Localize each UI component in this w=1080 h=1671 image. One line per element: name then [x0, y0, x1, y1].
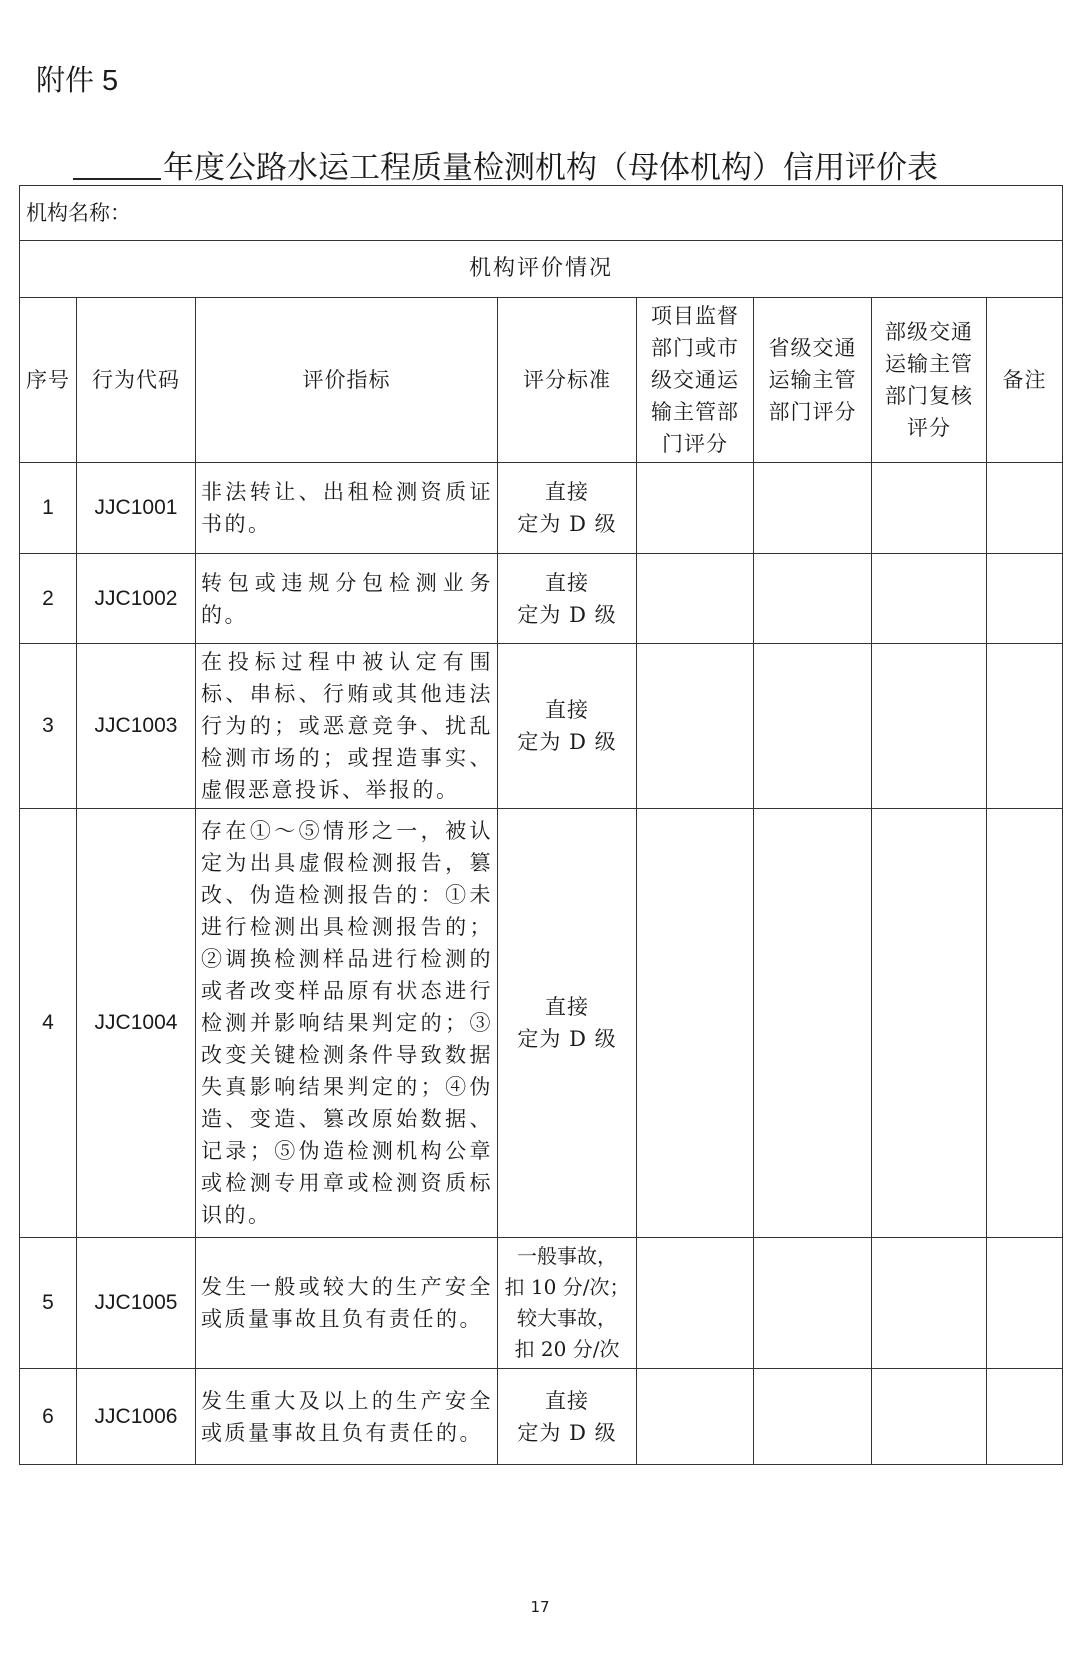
header-ministry-review: 部级交通 运输主管 部门复核 评分: [872, 298, 987, 463]
row-seq: 5: [20, 1238, 77, 1369]
org-name-field[interactable]: 机构名称：: [20, 186, 1063, 241]
row-seq: 4: [20, 809, 77, 1238]
row-indicator: 转包或违规分包检测业务的。: [196, 554, 498, 644]
table-row: 1 JJC1001 非法转让、出租检测资质证书的。 直接 定为 D 级: [20, 463, 1063, 554]
header-seq: 序号: [20, 298, 77, 463]
remarks-cell[interactable]: [987, 463, 1063, 554]
remarks-cell[interactable]: [987, 644, 1063, 809]
row-standard: 直接 定为 D 级: [498, 809, 637, 1238]
table-row: 2 JJC1002 转包或违规分包检测业务的。 直接 定为 D 级: [20, 554, 1063, 644]
ministry-review-cell[interactable]: [872, 644, 987, 809]
row-code: JJC1002: [77, 554, 196, 644]
title-text: 年度公路水运工程质量检测机构（母体机构）信用评价表: [163, 150, 938, 186]
row-code: JJC1006: [77, 1369, 196, 1465]
row-indicator: 非法转让、出租检测资质证书的。: [196, 463, 498, 554]
header-row: 序号 行为代码 评价指标 评分标准 项目监督 部门或市 级交通运 输主管部 门评…: [20, 298, 1063, 463]
row-code: JJC1001: [77, 463, 196, 554]
ministry-review-cell[interactable]: [872, 554, 987, 644]
row-indicator: 存在①～⑤情形之一，被认定为出具虚假检测报告，篡改、伪造检测报告的：①未进行检测…: [196, 809, 498, 1238]
row-standard: 一般事故， 扣 10 分/次； 较大事故， 扣 20 分/次: [498, 1238, 637, 1369]
remarks-cell[interactable]: [987, 1369, 1063, 1465]
header-remarks: 备注: [987, 298, 1063, 463]
province-score-cell[interactable]: [754, 809, 872, 1238]
table-row: 6 JJC1006 发生重大及以上的生产安全或质量事故且负有责任的。 直接 定为…: [20, 1369, 1063, 1465]
project-score-cell[interactable]: [637, 809, 754, 1238]
row-code: JJC1004: [77, 809, 196, 1238]
credit-evaluation-table: 机构名称： 机构评价情况 序号 行为代码 评价指标 评分标准 项目监督 部门或市…: [19, 185, 1063, 1465]
header-project-score: 项目监督 部门或市 级交通运 输主管部 门评分: [637, 298, 754, 463]
project-score-cell[interactable]: [637, 1369, 754, 1465]
province-score-cell[interactable]: [754, 554, 872, 644]
province-score-cell[interactable]: [754, 463, 872, 554]
project-score-cell[interactable]: [637, 463, 754, 554]
province-score-cell[interactable]: [754, 644, 872, 809]
year-blank: [73, 150, 161, 180]
org-name-label: 机构名称：: [26, 201, 131, 225]
province-score-cell[interactable]: [754, 1369, 872, 1465]
remarks-cell[interactable]: [987, 809, 1063, 1238]
project-score-cell[interactable]: [637, 1238, 754, 1369]
document-title: 年度公路水运工程质量检测机构（母体机构）信用评价表: [0, 142, 1080, 187]
row-code: JJC1005: [77, 1238, 196, 1369]
table-row: 4 JJC1004 存在①～⑤情形之一，被认定为出具虚假检测报告，篡改、伪造检测…: [20, 809, 1063, 1238]
org-name-row: 机构名称：: [20, 186, 1063, 241]
row-standard: 直接 定为 D 级: [498, 1369, 637, 1465]
row-standard: 直接 定为 D 级: [498, 463, 637, 554]
ministry-review-cell[interactable]: [872, 1369, 987, 1465]
header-indicator: 评价指标: [196, 298, 498, 463]
row-indicator: 发生一般或较大的生产安全或质量事故且负有责任的。: [196, 1238, 498, 1369]
project-score-cell[interactable]: [637, 554, 754, 644]
header-code: 行为代码: [77, 298, 196, 463]
row-code: JJC1003: [77, 644, 196, 809]
row-seq: 3: [20, 644, 77, 809]
row-seq: 6: [20, 1369, 77, 1465]
section-row: 机构评价情况: [20, 241, 1063, 298]
ministry-review-cell[interactable]: [872, 1238, 987, 1369]
project-score-cell[interactable]: [637, 644, 754, 809]
province-score-cell[interactable]: [754, 1238, 872, 1369]
row-seq: 2: [20, 554, 77, 644]
header-standard: 评分标准: [498, 298, 637, 463]
header-province-score: 省级交通 运输主管 部门评分: [754, 298, 872, 463]
table-row: 3 JJC1003 在投标过程中被认定有围标、串标、行贿或其他违法行为的；或恶意…: [20, 644, 1063, 809]
remarks-cell[interactable]: [987, 1238, 1063, 1369]
row-standard: 直接 定为 D 级: [498, 644, 637, 809]
row-indicator: 在投标过程中被认定有围标、串标、行贿或其他违法行为的；或恶意竞争、扰乱检测市场的…: [196, 644, 498, 809]
row-standard: 直接 定为 D 级: [498, 554, 637, 644]
remarks-cell[interactable]: [987, 554, 1063, 644]
page-number: 17: [0, 1598, 1080, 1616]
row-indicator: 发生重大及以上的生产安全或质量事故且负有责任的。: [196, 1369, 498, 1465]
table-row: 5 JJC1005 发生一般或较大的生产安全或质量事故且负有责任的。 一般事故，…: [20, 1238, 1063, 1369]
attachment-label: 附件 5: [36, 58, 118, 99]
row-seq: 1: [20, 463, 77, 554]
ministry-review-cell[interactable]: [872, 463, 987, 554]
ministry-review-cell[interactable]: [872, 809, 987, 1238]
section-title: 机构评价情况: [20, 241, 1063, 298]
